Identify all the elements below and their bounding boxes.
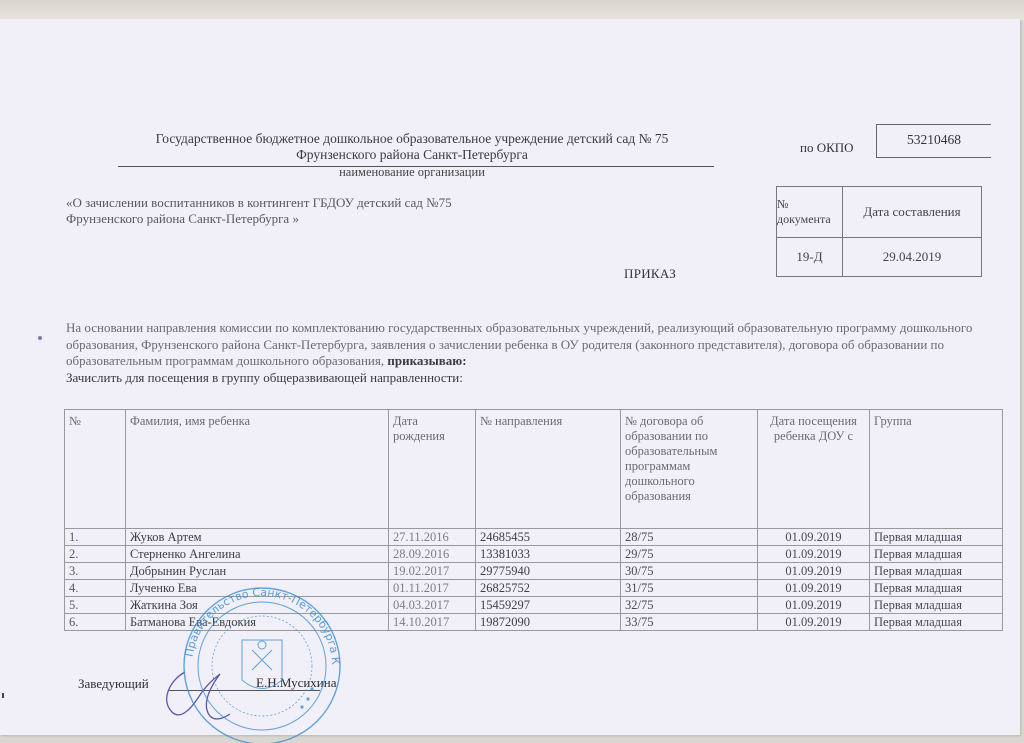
birth-date: 27.11.2016	[389, 529, 476, 546]
scan-dot	[38, 336, 42, 340]
organization-name: Государственное бюджетное дошкольное обр…	[112, 131, 712, 163]
table-row: 1.Жуков Артем27.11.20162468545528/7501.0…	[65, 529, 1003, 546]
group-name: Первая младшая	[870, 563, 1003, 580]
header-child-name: Фамилия, имя ребенка	[126, 410, 389, 529]
start-date: 01.09.2019	[758, 529, 870, 546]
row-number: 6.	[65, 614, 126, 631]
child-name: Стерненко Ангелина	[126, 546, 389, 563]
start-date: 01.09.2019	[758, 597, 870, 614]
contract-number: 32/75	[621, 597, 758, 614]
header-number: №	[65, 410, 126, 529]
order-body-emphasis: приказываю:	[387, 353, 466, 368]
group-name: Первая младшая	[870, 597, 1003, 614]
document-number-header: № документа	[777, 187, 843, 238]
document-info-table: № документа Дата составления 19-Д 29.04.…	[776, 186, 982, 277]
direction-number: 26825752	[476, 580, 621, 597]
contract-number: 33/75	[621, 614, 758, 631]
direction-number: 24685455	[476, 529, 621, 546]
direction-number: 29775940	[476, 563, 621, 580]
order-subject-line1: «О зачислении воспитанников в контингент…	[66, 195, 452, 211]
document-number: 19-Д	[777, 238, 843, 277]
svg-text:Правительство Санкт-Петербурга: Правительство Санкт-Петербурга Комитет п…	[176, 585, 342, 665]
okpo-label: по ОКПО	[800, 140, 854, 156]
start-date: 01.09.2019	[758, 580, 870, 597]
child-name: Добрынин Руслан	[126, 563, 389, 580]
contract-number: 28/75	[621, 529, 758, 546]
order-title: ПРИКАЗ	[624, 266, 676, 282]
table-row: 3.Добрынин Руслан19.02.20172977594030/75…	[65, 563, 1003, 580]
start-date: 01.09.2019	[758, 614, 870, 631]
row-number: 1.	[65, 529, 126, 546]
row-number: 3.	[65, 563, 126, 580]
direction-number: 15459297	[476, 597, 621, 614]
table-row: 2.Стерненко Ангелина28.09.20161338103329…	[65, 546, 1003, 563]
contract-number: 31/75	[621, 580, 758, 597]
birth-date: 01.11.2017	[389, 580, 476, 597]
order-enroll-line: Зачислить для посещения в группу общераз…	[66, 370, 463, 385]
birth-date: 28.09.2016	[389, 546, 476, 563]
birth-date: 19.02.2017	[389, 563, 476, 580]
row-number: 4.	[65, 580, 126, 597]
header-birth-date: Дата рождения	[389, 410, 476, 529]
official-stamp-icon: Правительство Санкт-Петербурга Комитет п…	[176, 585, 348, 743]
direction-number: 19872090	[476, 614, 621, 631]
birth-date: 04.03.2017	[389, 597, 476, 614]
signature-position: Заведующий	[78, 676, 149, 692]
start-date: 01.09.2019	[758, 546, 870, 563]
scan-mark	[2, 693, 4, 698]
row-number: 2.	[65, 546, 126, 563]
enrollment-table-header: №Фамилия, имя ребенкаДата рождения№ напр…	[65, 410, 1003, 529]
group-name: Первая младшая	[870, 529, 1003, 546]
order-body: На основании направления комиссии по ком…	[66, 320, 986, 386]
group-name: Первая младшая	[870, 580, 1003, 597]
start-date: 01.09.2019	[758, 563, 870, 580]
header-contract-number: № договора об образовании по образовател…	[621, 410, 758, 529]
document-date: 29.04.2019	[843, 238, 982, 277]
okpo-code: 53210468	[876, 124, 991, 158]
birth-date: 14.10.2017	[389, 614, 476, 631]
contract-number: 30/75	[621, 563, 758, 580]
header-group: Группа	[870, 410, 1003, 529]
contract-number: 29/75	[621, 546, 758, 563]
order-subject: «О зачислении воспитанников в контингент…	[66, 195, 452, 227]
organization-name-line2: Фрунзенского района Санкт-Петербурга	[112, 147, 712, 163]
order-body-paragraph: На основании направления комиссии по ком…	[66, 320, 972, 368]
row-number: 5.	[65, 597, 126, 614]
document-date-header: Дата составления	[843, 187, 982, 238]
header-direction-number: № направления	[476, 410, 621, 529]
organization-name-line1: Государственное бюджетное дошкольное обр…	[112, 131, 712, 147]
group-name: Первая младшая	[870, 546, 1003, 563]
order-subject-line2: Фрунзенского района Санкт-Петербурга »	[66, 211, 452, 227]
child-name: Жуков Артем	[126, 529, 389, 546]
group-name: Первая младшая	[870, 614, 1003, 631]
organization-caption: наименование организации	[112, 165, 712, 180]
header-start-date: Дата посещения ребенка ДОУ с	[758, 410, 870, 529]
scan-top-edge	[0, 0, 1024, 20]
stamp-text: Правительство Санкт-Петербурга Комитет п…	[176, 585, 342, 665]
direction-number: 13381033	[476, 546, 621, 563]
